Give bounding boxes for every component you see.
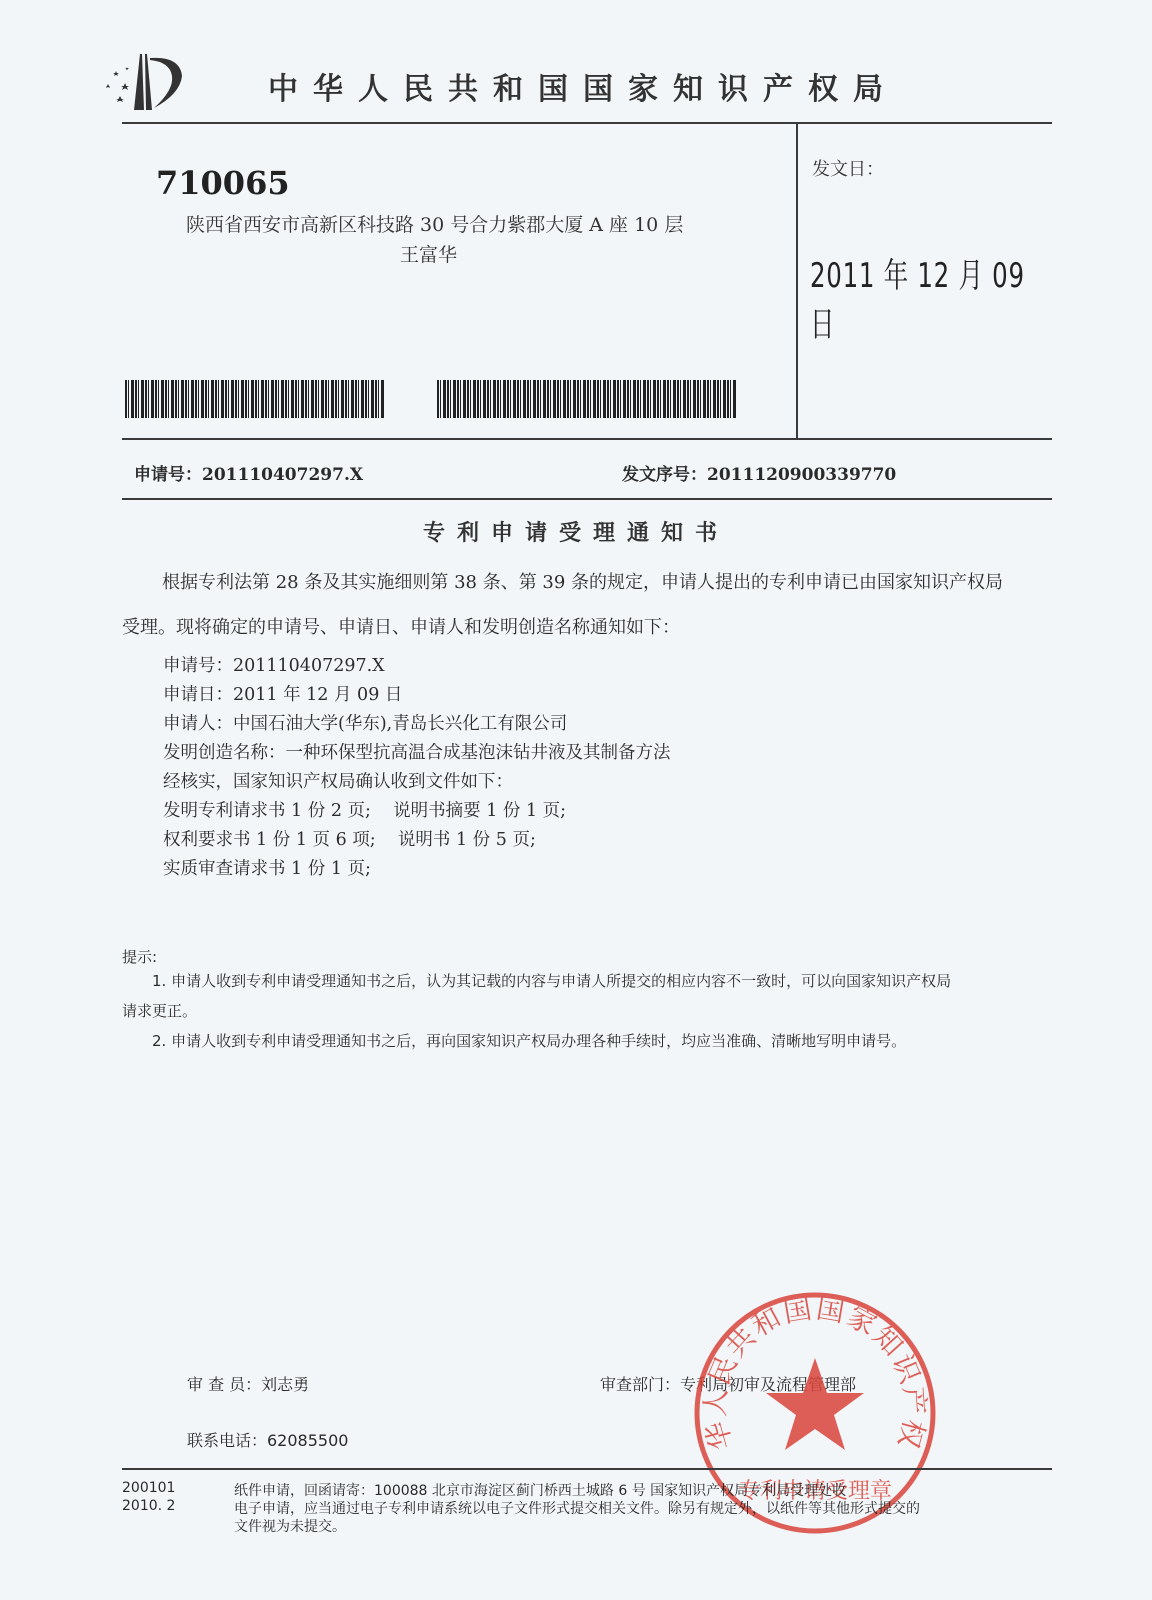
examiner: 审 查 员：刘志勇 <box>187 1372 309 1395</box>
detail-application-date: 申请日：2011 年 12 月 09 日 <box>163 681 402 706</box>
footer-line2: 电子申请，应当通过电子专利申请系统以电子文件形式提交相关文件。除另有规定外，以纸… <box>234 1498 920 1518</box>
recipient-name: 王富华 <box>400 240 457 267</box>
issue-date-label: 发文日： <box>812 155 884 181</box>
detail-documents-2: 权利要求书 1 份 1 页 6 项; 说明书 1 份 5 页; <box>163 826 536 851</box>
document-serial-number: 发文序号：2011120900339770 <box>622 460 896 485</box>
notice-paragraph-line2: 受理。现将确定的申请号、申请日、申请人和发明创造名称通知如下： <box>122 613 680 639</box>
recipient-address: 陕西省西安市高新区科技路 30 号合力紫郡大厦 A 座 10 层 <box>186 210 683 237</box>
footer-line1: 纸件申请，回函请寄：100088 北京市海淀区蓟门桥西土城路 6 号 国家知识产… <box>234 1480 846 1500</box>
issue-date: 2011 年 12 月 09 日 <box>810 248 1056 346</box>
notice-paragraph-line1: 根据专利法第 28 条及其实施细则第 38 条、第 39 条的规定，申请人提出的… <box>162 568 1003 594</box>
notice-title: 专利申请受理通知书 <box>0 516 1152 547</box>
hint-2: 2. 申请人收到专利申请受理通知书之后，再向国家知识产权局办理各种手续时，均应当… <box>152 1030 906 1051</box>
footer-line3: 文件视为未提交。 <box>234 1516 346 1536</box>
date-box-divider <box>796 122 798 440</box>
postcode: 710065 <box>156 164 290 202</box>
detail-documents-1: 发明专利请求书 1 份 2 页; 说明书摘要 1 份 1 页; <box>163 797 566 822</box>
detail-verification: 经核实，国家知识产权局确认收到文件如下： <box>163 768 513 793</box>
footer-divider <box>122 1468 1052 1470</box>
header-divider <box>122 122 1052 124</box>
detail-application-number: 申请号：201110407297.X <box>163 652 385 677</box>
contact-phone: 联系电话：62085500 <box>187 1428 348 1451</box>
detail-applicant: 申请人：中国石油大学(华东),青岛长兴化工有限公司 <box>163 710 567 735</box>
sipo-emblem-icon <box>100 50 190 112</box>
barcode-divider <box>122 438 1052 440</box>
detail-invention-title: 发明创造名称：一种环保型抗高温合成基泡沫钻井液及其制备方法 <box>163 739 671 764</box>
hint-1-line1: 1. 申请人收到专利申请受理通知书之后，认为其记载的内容与申请人所提交的相应内容… <box>152 970 951 991</box>
form-version: 2010. 2 <box>122 1498 175 1514</box>
barcode-application <box>125 380 385 418</box>
form-code: 200101 <box>122 1480 175 1496</box>
application-number-header: 申请号：201110407297.X <box>134 460 363 485</box>
hints-label: 提示: <box>122 946 157 967</box>
barcode-serial <box>437 380 737 418</box>
agency-title: 中华人民共和国国家知识产权局 <box>268 64 898 108</box>
detail-documents-3: 实质审查请求书 1 份 1 页; <box>163 855 371 880</box>
reference-divider <box>122 498 1052 500</box>
hint-1-line2: 请求更正。 <box>122 1000 197 1021</box>
